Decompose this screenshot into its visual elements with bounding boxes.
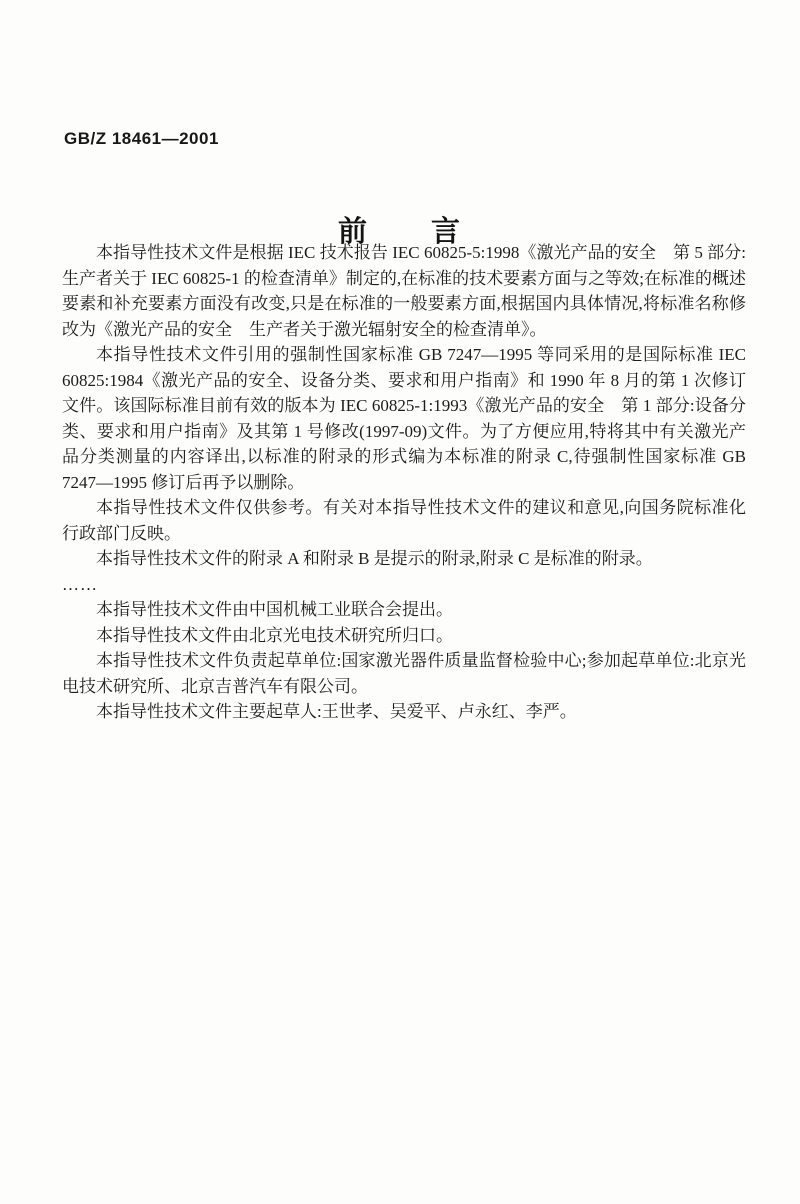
paragraph-drafting-organizations: 本指导性技术文件负责起草单位:国家激光器件质量监督检验中心;参加起草单位:北京光… — [62, 648, 746, 699]
standard-number: GB/Z 18461—2001 — [64, 129, 219, 149]
paragraph-reference-only: 本指导性技术文件仅供参考。有关对本指导性技术文件的建议和意见,向国务院标准化行政… — [62, 495, 746, 546]
paragraph-ellipsis: …… — [62, 572, 746, 598]
paragraph-proposed-by: 本指导性技术文件由中国机械工业联合会提出。 — [62, 597, 746, 623]
paragraph-drafters: 本指导性技术文件主要起草人:王世孝、吴爱平、卢永红、李严。 — [62, 699, 746, 725]
paragraph-annexes: 本指导性技术文件的附录 A 和附录 B 是提示的附录,附录 C 是标准的附录。 — [62, 546, 746, 572]
paragraph-scope: 本指导性技术文件是根据 IEC 技术报告 IEC 60825-5:1998《激光… — [62, 240, 746, 342]
paragraph-centralized-by: 本指导性技术文件由北京光电技术研究所归口。 — [62, 623, 746, 649]
foreword-body: 本指导性技术文件是根据 IEC 技术报告 IEC 60825-5:1998《激光… — [62, 240, 746, 725]
document-page: GB/Z 18461—2001 前 言 本指导性技术文件是根据 IEC 技术报告… — [0, 0, 800, 1204]
paragraph-referenced-standards: 本指导性技术文件引用的强制性国家标准 GB 7247—1995 等同采用的是国际… — [62, 342, 746, 495]
